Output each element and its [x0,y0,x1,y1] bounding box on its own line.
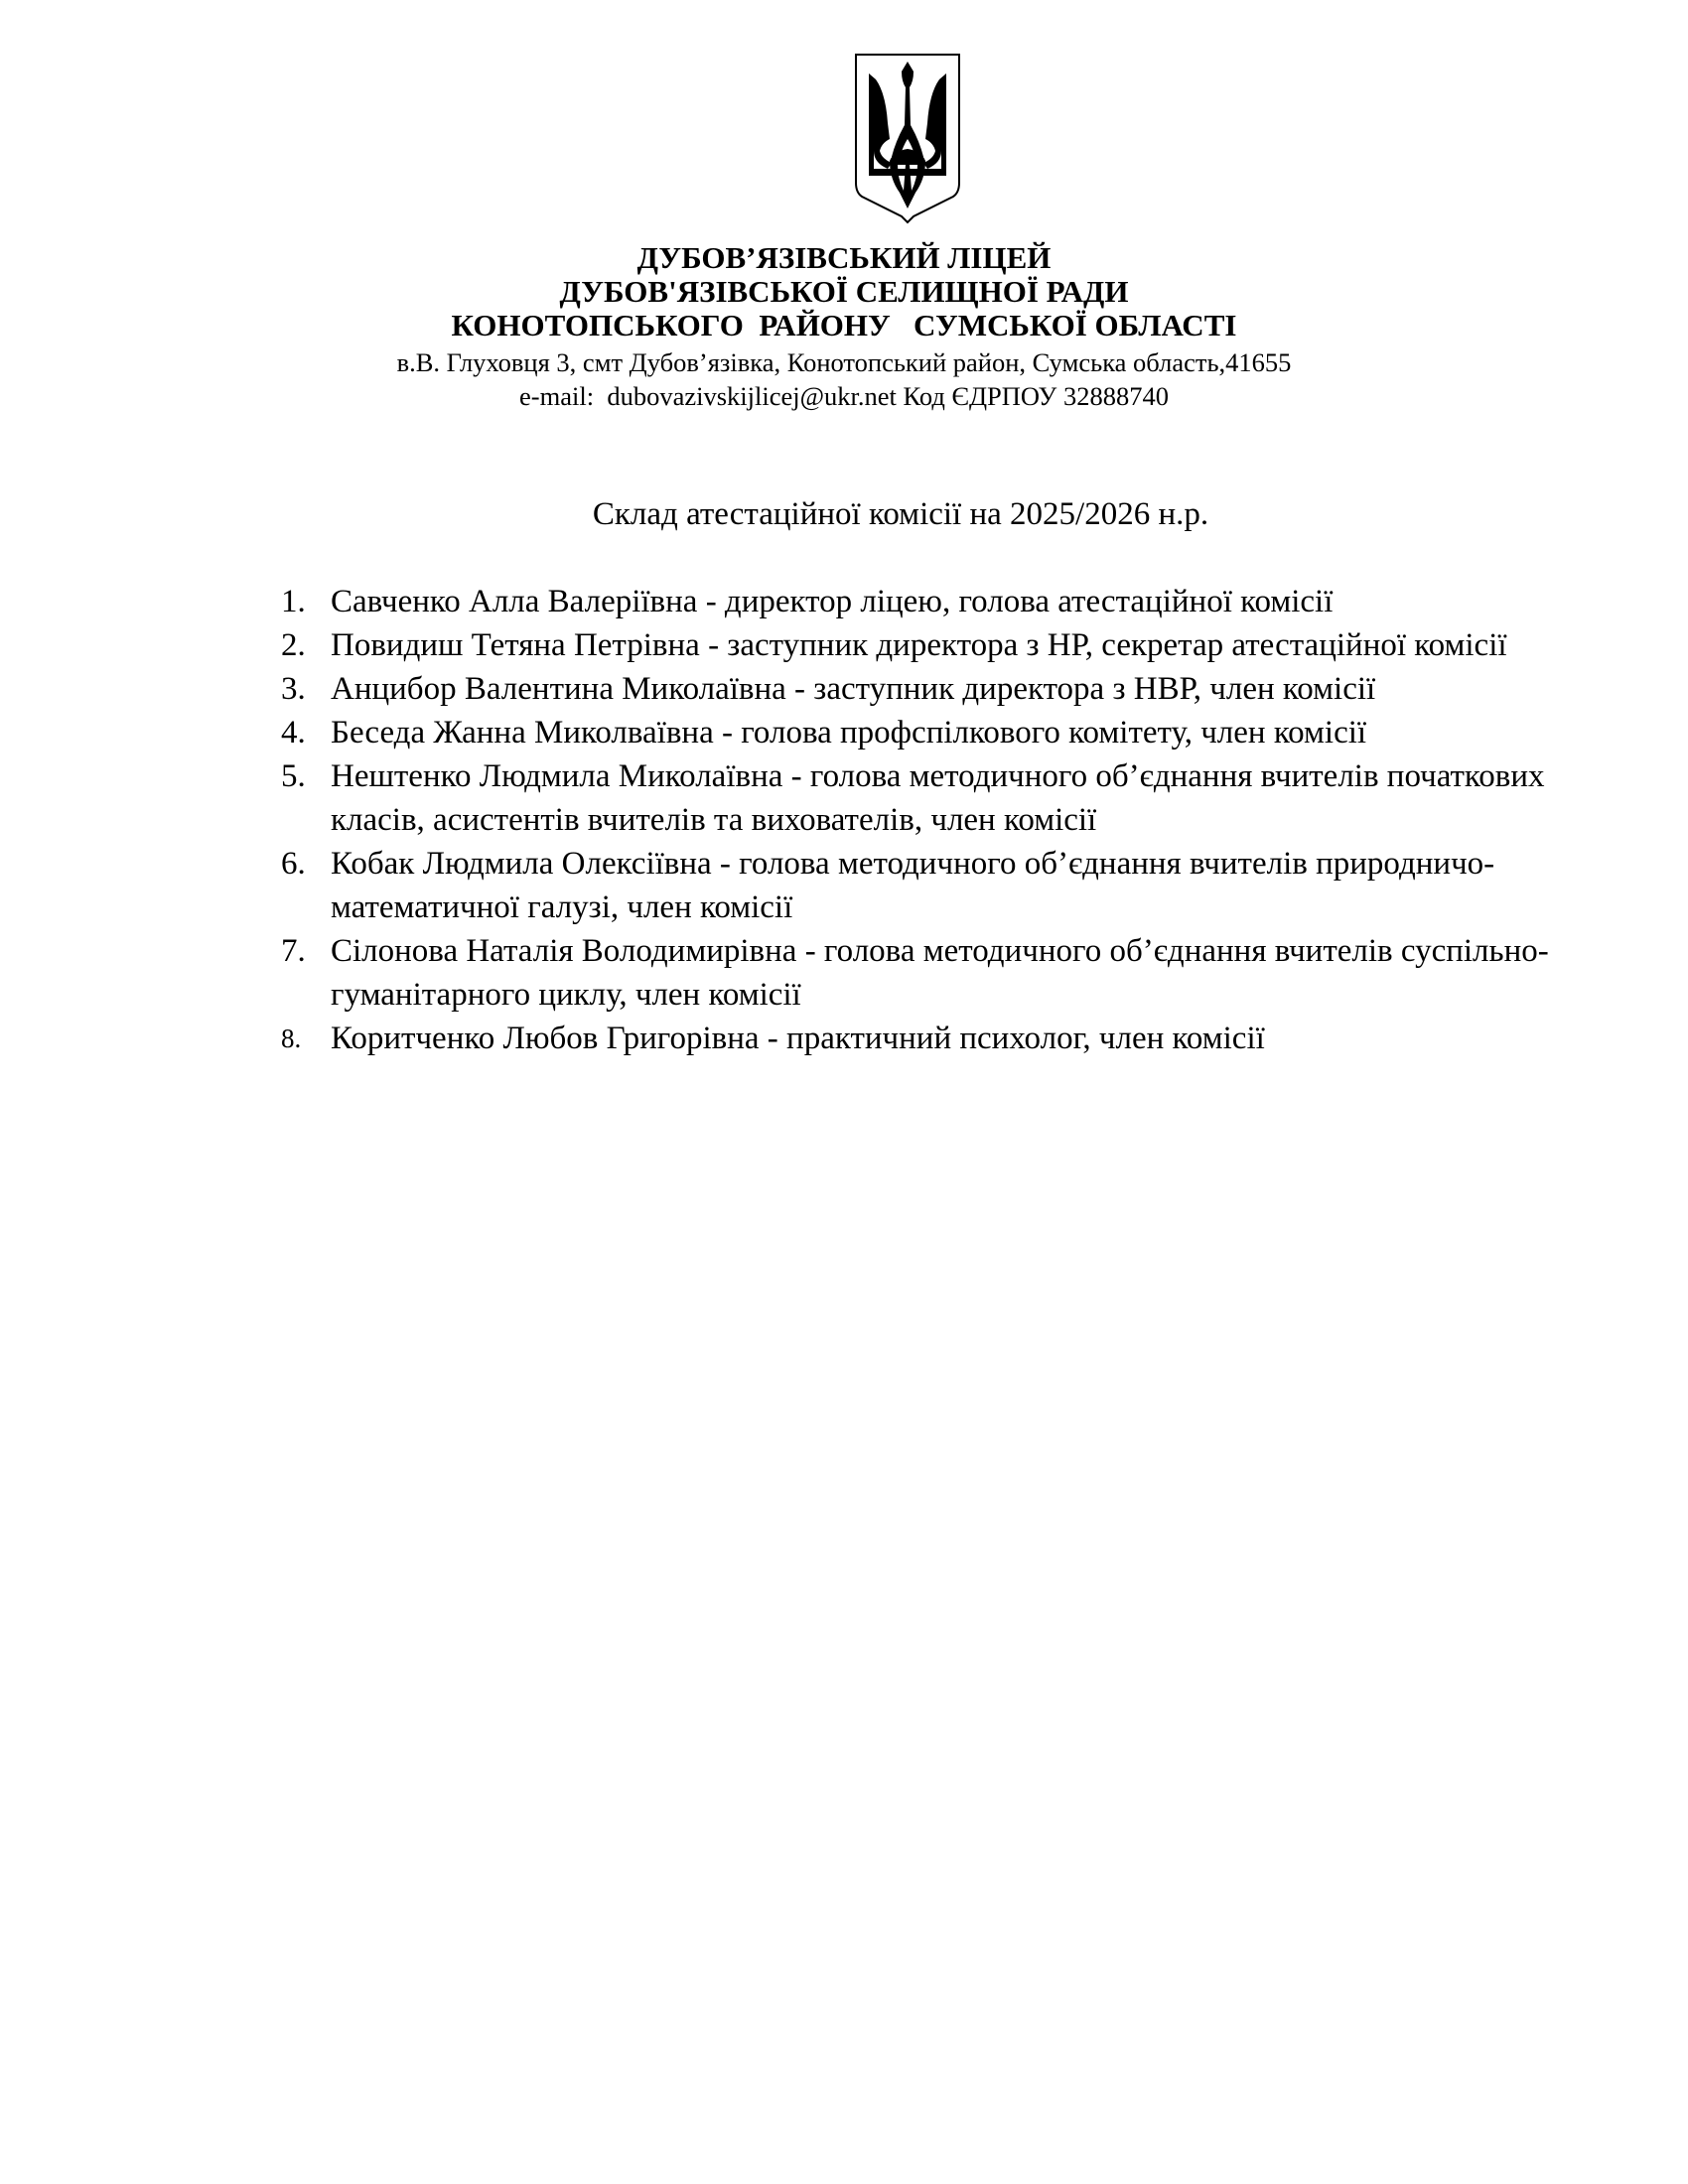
item-number: 7. [281,929,306,973]
list-item: 2.Повидиш Тетяна Петрівна - заступник ди… [281,623,1592,667]
district-region: КОНОТОПСЬКОГО РАЙОНУ СУМСЬКОЇ ОБЛАСТІ [0,308,1688,343]
list-item: 5.Нештенко Людмила Миколаївна - голова м… [281,754,1592,842]
document-title: Склад атестаційної комісії на 2025/2026 … [0,496,1688,533]
member-text: Беседа Жанна Миколваївна - голова профсп… [331,715,1366,751]
item-number: 5. [281,754,306,798]
list-item: 1.Савченко Алла Валеріївна - директор лі… [281,580,1592,623]
list-item: 4.Беседа Жанна Миколваївна - голова проф… [281,711,1592,754]
member-text: Коритченко Любов Григорівна - практичний… [331,1021,1265,1056]
member-text: Нештенко Людмила Миколаївна - голова мет… [331,758,1545,838]
list-item: 7.Сілонова Наталія Володимирівна - голов… [281,929,1592,1017]
list-item: 3.Анцибор Валентина Миколаївна - заступн… [281,667,1592,711]
item-number: 8. [281,1017,301,1060]
item-number: 3. [281,667,306,711]
school-name: ДУБОВ’ЯЗІВСЬКИЙ ЛІЦЕЙ [0,240,1688,276]
list-item: 8.Коритченко Любов Григорівна - практичн… [281,1017,1592,1060]
commission-members-list: 1.Савченко Алла Валеріївна - директор лі… [281,580,1592,1060]
council-name: ДУБОВ'ЯЗІВСЬКОЇ СЕЛИЩНОЇ РАДИ [0,274,1688,310]
member-text: Сілонова Наталія Володимирівна - голова … [331,933,1549,1013]
contact-info: e-mail: dubovazivskijlicej@ukr.net Код Є… [0,381,1688,412]
list-item: 6.Кобак Людмила Олексіївна - голова мето… [281,842,1592,929]
school-address: в.В. Глуховця 3, смт Дубов’язівка, Конот… [0,347,1688,378]
trident-crest-icon [854,54,961,224]
member-text: Анцибор Валентина Миколаївна - заступник… [331,671,1375,707]
item-number: 6. [281,842,306,886]
item-number: 4. [281,711,306,754]
item-number: 1. [281,580,306,623]
item-number: 2. [281,623,306,667]
member-text: Кобак Людмила Олексіївна - голова методи… [331,846,1494,925]
member-text: Повидиш Тетяна Петрівна - заступник дире… [331,627,1507,663]
member-text: Савченко Алла Валеріївна - директор ліце… [331,584,1333,619]
